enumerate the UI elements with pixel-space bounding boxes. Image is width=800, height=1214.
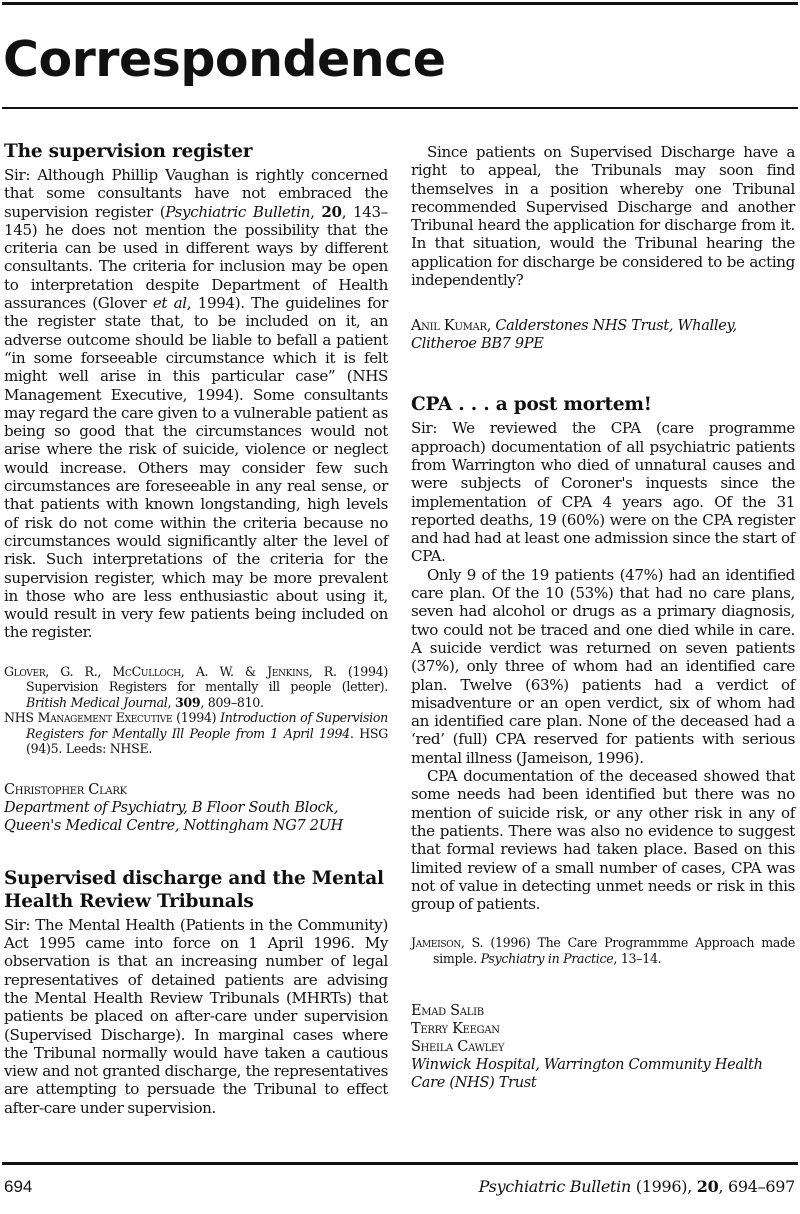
- ref-authors: Jameison, S.: [411, 935, 483, 950]
- reference-item: Jameison, S. (1996) The Care Programmme …: [411, 935, 795, 966]
- right-column: Since patients on Supervised Discharge h…: [411, 140, 795, 1092]
- author-name: Anil Kumar: [411, 318, 487, 334]
- page-number: 694: [4, 1177, 32, 1197]
- ref-journal: Psychiatry in Practice: [481, 951, 614, 966]
- letter-body-paragraph: Sir: The Mental Health (Patients in the …: [4, 916, 388, 1117]
- author-name: Emad Salib: [411, 1002, 795, 1020]
- reference-item: NHS Management Executive (1994) Introduc…: [4, 710, 388, 757]
- signature-block: Anil Kumar, Calderstones NHS Trust, Whal…: [411, 317, 795, 353]
- letter-title: The supervision register: [4, 140, 388, 163]
- author-name: Terry Keegan: [411, 1020, 795, 1038]
- references: Jameison, S. (1996) The Care Programmme …: [411, 935, 795, 966]
- footer-rule: [2, 1162, 798, 1165]
- signature-block: Emad Salib Terry Keegan Sheila Cawley Wi…: [411, 1002, 795, 1092]
- citation-journal: Psychiatric Bulletin: [479, 1177, 631, 1196]
- letter-supervised-discharge: Supervised discharge and the Mental Heal…: [4, 867, 388, 1117]
- left-column: The supervision register Sir: Although P…: [4, 140, 388, 1117]
- journal-citation: Psychiatric Bulletin (1996), 20, 694–697: [479, 1177, 795, 1196]
- ref-pages: , 13–14.: [613, 951, 661, 966]
- author-address: Department of Psychiatry, B Floor South …: [4, 799, 388, 835]
- citation-pages: , 694–697: [718, 1177, 795, 1196]
- top-rule: [2, 2, 798, 5]
- letter-supervised-discharge-continued: Since patients on Supervised Discharge h…: [411, 143, 795, 353]
- citation-year: (1996),: [631, 1177, 697, 1196]
- journal-name: Psychiatric Bulletin: [165, 203, 310, 221]
- letter-title: Supervised discharge and the Mental Heal…: [4, 867, 388, 913]
- ref-volume: 309: [175, 695, 200, 710]
- author-name: Christopher Clark: [4, 781, 388, 799]
- signature-block: Christopher Clark Department of Psychiat…: [4, 781, 388, 835]
- text-run: , 1994). The guidelines for the register…: [4, 294, 388, 641]
- page-title: Correspondence: [3, 30, 445, 90]
- ref-year: (1994): [172, 710, 220, 725]
- letter-body-paragraph: Only 9 of the 19 patients (47%) had an i…: [411, 566, 795, 767]
- ref-authors: Glover, G. R., McCulloch, A. W. & Jenkin…: [4, 664, 337, 679]
- author-name: Sheila Cawley: [411, 1038, 795, 1056]
- ref-title: Supervision Registers for mentally ill p…: [26, 679, 388, 694]
- citation-volume: 20: [697, 1177, 719, 1196]
- ref-year: (1994): [337, 664, 388, 679]
- ref-pages: , 809–810.: [200, 695, 263, 710]
- letter-body-paragraph: Sir: We reviewed the CPA (care programme…: [411, 419, 795, 565]
- letter-cpa-post-mortem: CPA . . . a post mortem! Sir: We reviewe…: [411, 393, 795, 1092]
- title-rule: [2, 107, 798, 109]
- letter-body-paragraph: Sir: Although Phillip Vaughan is rightly…: [4, 166, 388, 642]
- letter-body-paragraph: Since patients on Supervised Discharge h…: [411, 143, 795, 289]
- ref-authors: NHS Management Executive: [4, 710, 172, 725]
- author-address: Winwick Hospital, Warrington Community H…: [411, 1056, 795, 1092]
- reference-item: Glover, G. R., McCulloch, A. W. & Jenkin…: [4, 664, 388, 711]
- ref-year: (1996): [483, 935, 537, 950]
- letter-title: CPA . . . a post mortem!: [411, 393, 795, 416]
- letter-body-paragraph: CPA documentation of the deceased showed…: [411, 767, 795, 913]
- references: Glover, G. R., McCulloch, A. W. & Jenkin…: [4, 664, 388, 757]
- ref-journal: British Medical Journal: [26, 695, 168, 710]
- et-al: et al: [153, 294, 187, 312]
- volume-number: 20: [321, 203, 341, 221]
- text-run: ,: [310, 203, 321, 221]
- letter-supervision-register: The supervision register Sir: Although P…: [4, 140, 388, 835]
